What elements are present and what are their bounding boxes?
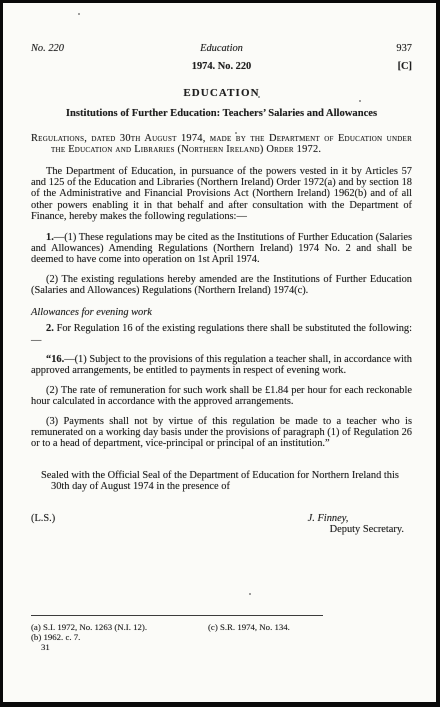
- signature-block: (L.S.) J. Finney, Deputy Secretary.: [31, 513, 412, 536]
- sealing-clause: Sealed with the Official Seal of the Dep…: [31, 470, 412, 493]
- footnote-column-right: (c) S.R. 1974, No. 134.: [208, 622, 290, 652]
- regulation-2-text: For Regulation 16 of the existing regula…: [31, 323, 412, 345]
- regulation-1-paragraph-2: (2) The existing regulations hereby amen…: [31, 274, 412, 297]
- footnote-a: (a) S.I. 1972, No. 1263 (N.I. 12).: [31, 622, 208, 632]
- regulation-1-paragraph-1: 1.—(1) These regulations may be cited as…: [31, 232, 412, 266]
- citation: 1974. No. 220: [192, 61, 251, 72]
- regulation-1-number: 1.: [46, 232, 54, 243]
- scan-speck: [249, 593, 251, 595]
- footnote-rule: [31, 615, 323, 616]
- quoted-regulation-16-number: “16.: [46, 354, 64, 365]
- signatory-name: J. Finney,: [308, 513, 404, 524]
- footnotes: (a) S.I. 1972, No. 1263 (N.I. 12). (b) 1…: [31, 615, 412, 652]
- preamble: The Department of Education, in pursuanc…: [31, 166, 412, 223]
- quoted-regulation-16-paragraph-2: (2) The rate of remuneration for such wo…: [31, 385, 412, 408]
- running-head-page-number: 937: [285, 43, 412, 54]
- signatory-title: Deputy Secretary.: [308, 524, 404, 535]
- scan-speck: [78, 13, 80, 15]
- signatory: J. Finney, Deputy Secretary.: [308, 513, 404, 536]
- regulation-2-paragraph: 2. For Regulation 16 of the existing reg…: [31, 323, 412, 346]
- running-head-subject: Education: [158, 43, 285, 54]
- quoted-regulation-16-paragraph-1-text: —(1) Subject to the provisions of this r…: [31, 354, 412, 376]
- seal-location-mark: (L.S.): [31, 513, 55, 536]
- regulation-2-number: 2.: [46, 323, 54, 334]
- footnote-column-left: (a) S.I. 1972, No. 1263 (N.I. 12). (b) 1…: [31, 622, 208, 652]
- quoted-regulation-16-paragraph-3: (3) Payments shall not by virtue of this…: [31, 416, 412, 450]
- citation-row: 1974. No. 220 [C]: [31, 61, 412, 72]
- quoted-regulation-16-paragraph-1: “16.—(1) Subject to the provisions of th…: [31, 354, 412, 377]
- footnote-columns: (a) S.I. 1972, No. 1263 (N.I. 12). (b) 1…: [31, 622, 412, 652]
- recital: Regulations, dated 30th August 1974, mad…: [31, 133, 412, 156]
- side-heading-allowances: Allowances for evening work: [31, 307, 412, 318]
- gathering-mark: 31: [31, 642, 208, 652]
- scan-speck: [258, 96, 260, 98]
- footnote-c: (c) S.R. 1974, No. 134.: [208, 622, 290, 632]
- scan-speck: [235, 132, 237, 134]
- page-content: No. 220 Education 937 1974. No. 220 [C] …: [3, 3, 436, 535]
- running-head-doc-number: No. 220: [31, 43, 158, 54]
- statutory-rule-page: No. 220 Education 937 1974. No. 220 [C] …: [0, 0, 440, 707]
- scan-speck: [359, 100, 361, 102]
- running-head: No. 220 Education 937: [31, 43, 412, 54]
- regulation-1-paragraph-1-text: —(1) These regulations may be cited as t…: [31, 232, 412, 266]
- category-heading: EDUCATION: [31, 87, 412, 99]
- classification-mark: [C]: [398, 61, 412, 72]
- document-title: Institutions of Further Education: Teach…: [31, 108, 412, 120]
- footnote-b: (b) 1962. c. 7.: [31, 632, 208, 642]
